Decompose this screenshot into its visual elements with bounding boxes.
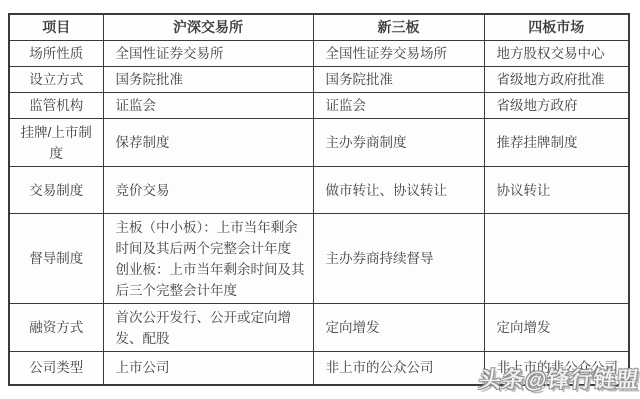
data-cell: 证监会 bbox=[103, 93, 313, 119]
row-label: 场所性质 bbox=[9, 41, 103, 67]
col-header-neeq: 新三板 bbox=[313, 14, 484, 41]
table-row-regulator: 监管机构 证监会 证监会 省级地方政府 bbox=[9, 93, 629, 119]
header-row: 项目 沪深交易所 新三板 四板市场 bbox=[9, 14, 629, 41]
market-comparison-table: 项目 沪深交易所 新三板 四板市场 场所性质 全国性证券交易所 全国性证券交易场… bbox=[8, 13, 630, 386]
row-label: 监管机构 bbox=[9, 93, 103, 119]
table-row-trading-system: 交易制度 竞价交易 做市转让、协议转让 协议转让 bbox=[9, 167, 629, 214]
row-label: 融资方式 bbox=[9, 304, 103, 352]
data-cell: 上市公司 bbox=[103, 352, 313, 385]
row-label: 交易制度 bbox=[9, 167, 103, 214]
data-cell: 定向增发 bbox=[484, 304, 629, 352]
data-cell: 主办券商制度 bbox=[313, 119, 484, 167]
data-cell: 主办券商持续督导 bbox=[313, 214, 484, 304]
col-header-fourth-board-market: 四板市场 bbox=[484, 14, 629, 41]
table-row-venue-nature: 场所性质 全国性证券交易所 全国性证券交易场所 地方股权交易中心 bbox=[9, 41, 629, 67]
data-cell: 协议转让 bbox=[484, 167, 629, 214]
data-cell: 证监会 bbox=[313, 93, 484, 119]
row-label: 督导制度 bbox=[9, 214, 103, 304]
data-cell: 地方股权交易中心 bbox=[484, 41, 629, 67]
table-row-listing-system: 挂牌/上市制度 保荐制度 主办券商制度 推荐挂牌制度 bbox=[9, 119, 629, 167]
data-cell: 竞价交易 bbox=[103, 167, 313, 214]
data-cell: 推荐挂牌制度 bbox=[484, 119, 629, 167]
data-cell: 全国性证券交易场所 bbox=[313, 41, 484, 67]
data-cell: 非上市的非公众公司 bbox=[484, 352, 629, 385]
row-label: 公司类型 bbox=[9, 352, 103, 385]
data-cell: 主板（中小板）：上市当年剩余时间及其后两个完整会计年度 创业板：上市当年剩余时间… bbox=[103, 214, 313, 304]
table-row-supervision-system: 督导制度 主板（中小板）：上市当年剩余时间及其后两个完整会计年度 创业板：上市当… bbox=[9, 214, 629, 304]
data-cell bbox=[484, 214, 629, 304]
col-header-project: 项目 bbox=[9, 14, 103, 41]
data-cell: 省级地方政府 bbox=[484, 93, 629, 119]
page: 项目 沪深交易所 新三板 四板市场 场所性质 全国性证券交易所 全国性证券交易场… bbox=[0, 0, 640, 399]
row-label: 挂牌/上市制度 bbox=[9, 119, 103, 167]
data-cell: 做市转让、协议转让 bbox=[313, 167, 484, 214]
data-cell: 省级地方政府批准 bbox=[484, 67, 629, 93]
data-cell: 国务院批准 bbox=[103, 67, 313, 93]
data-cell: 首次公开发行、公开或定向增发、配股 bbox=[103, 304, 313, 352]
table-row-company-type: 公司类型 上市公司 非上市的公众公司 非上市的非公众公司 bbox=[9, 352, 629, 385]
table-row-establishment: 设立方式 国务院批准 国务院批准 省级地方政府批准 bbox=[9, 67, 629, 93]
data-cell: 保荐制度 bbox=[103, 119, 313, 167]
row-label: 设立方式 bbox=[9, 67, 103, 93]
data-cell: 定向增发 bbox=[313, 304, 484, 352]
data-cell: 非上市的公众公司 bbox=[313, 352, 484, 385]
data-cell: 国务院批准 bbox=[313, 67, 484, 93]
data-cell: 全国性证券交易所 bbox=[103, 41, 313, 67]
col-header-hushen-exchange: 沪深交易所 bbox=[103, 14, 313, 41]
table-row-financing-method: 融资方式 首次公开发行、公开或定向增发、配股 定向增发 定向增发 bbox=[9, 304, 629, 352]
